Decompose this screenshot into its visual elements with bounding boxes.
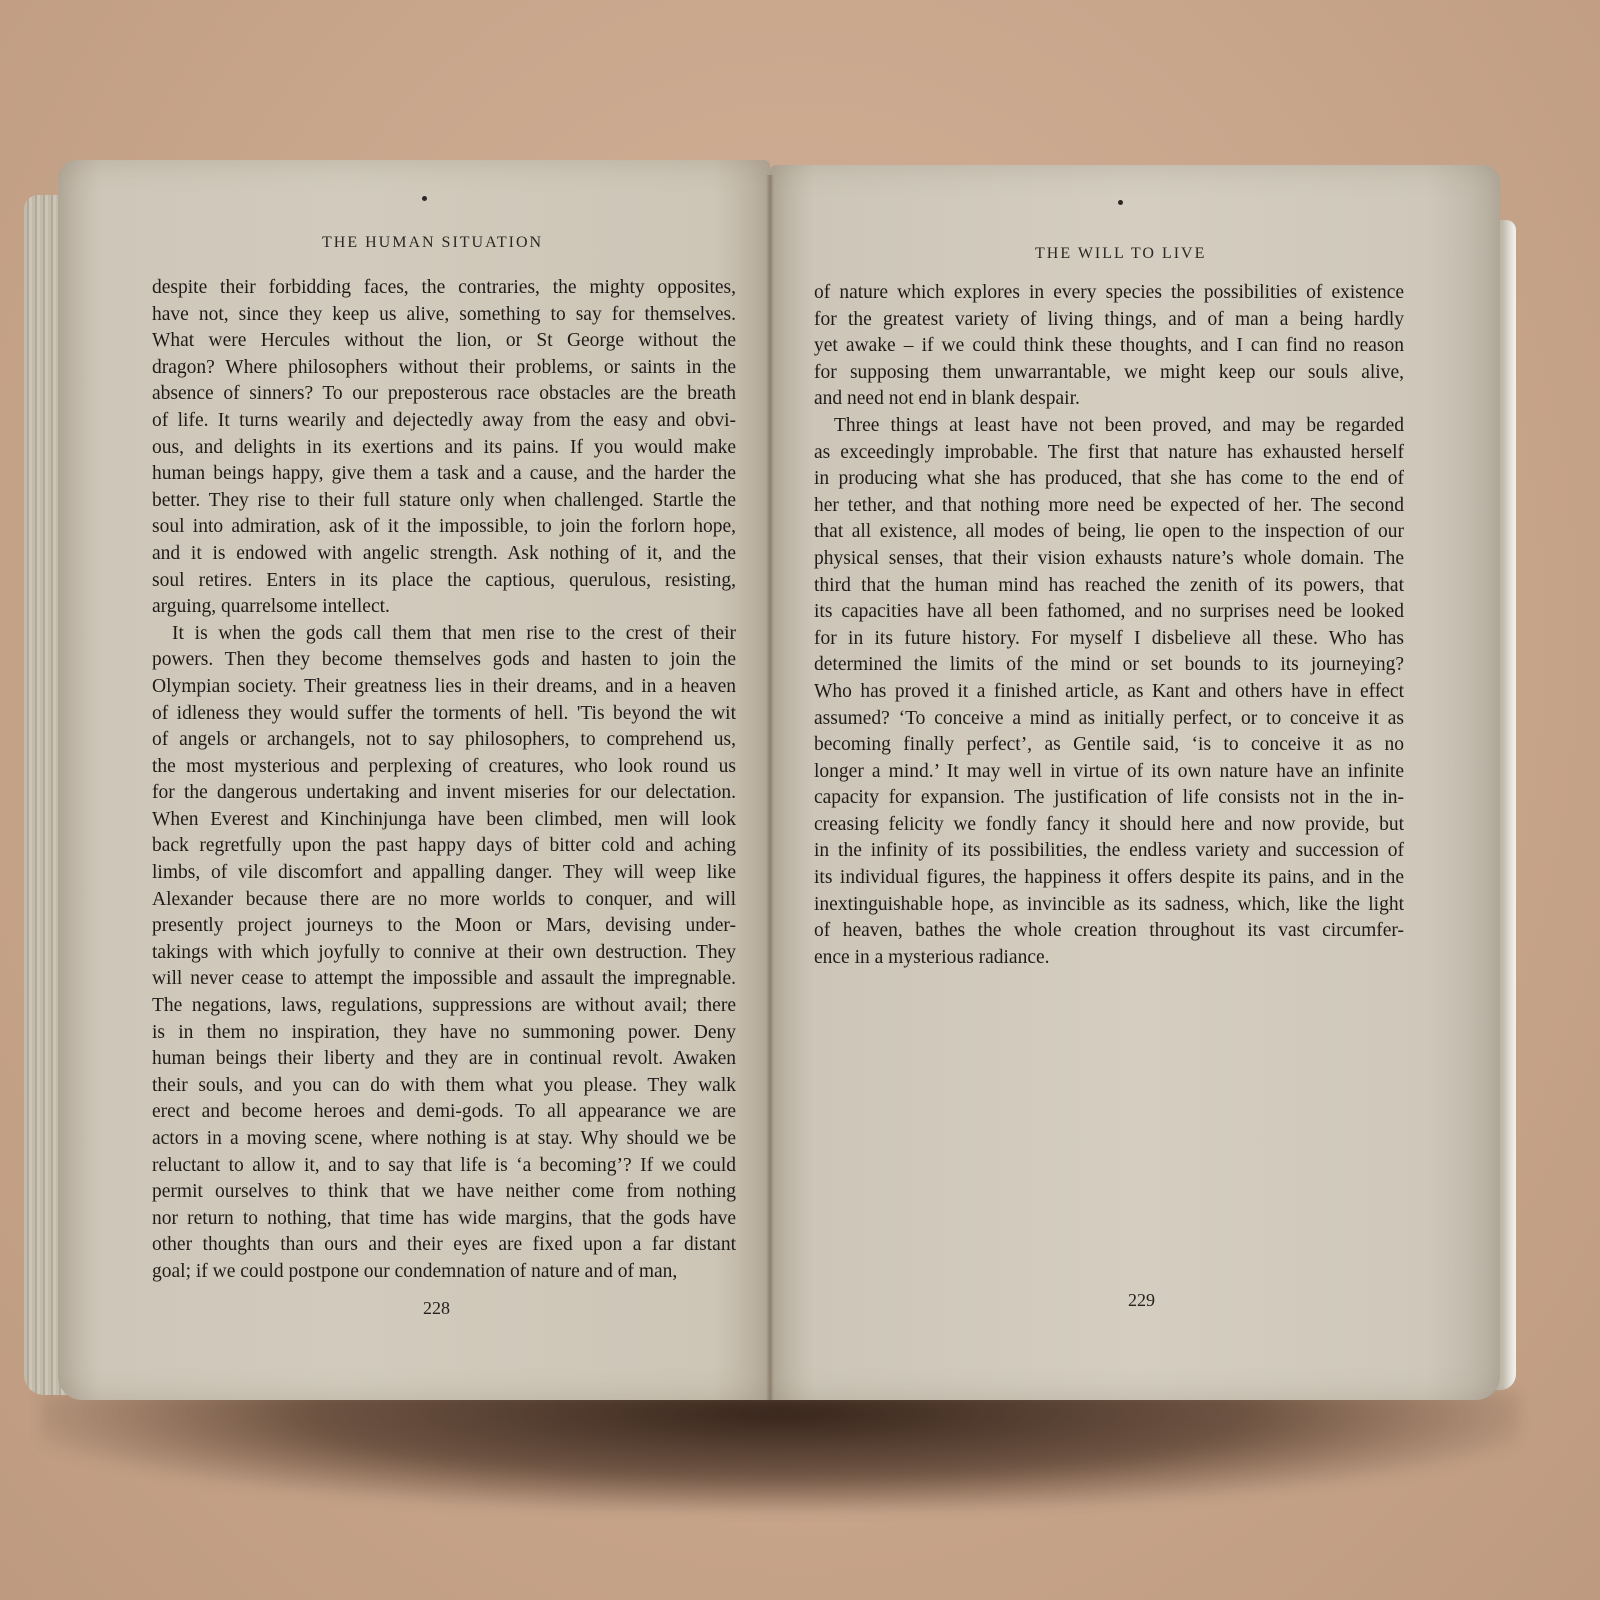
photo-scene: THE HUMAN SITUATION despite their forbid… (0, 0, 1600, 1600)
paragraph: of nature which explores in every specie… (814, 280, 1404, 413)
right-page-number: 229 (1128, 1290, 1155, 1311)
text-line: dragon? Where philosophers without their… (152, 355, 736, 382)
text-line: ous, and delights in its exertions and i… (152, 435, 736, 462)
text-line: of nature which explores in every specie… (814, 280, 1404, 307)
text-line: other thoughts than ours and their eyes … (152, 1232, 736, 1259)
text-line: is in them no inspiration, they have no … (152, 1020, 736, 1047)
text-line: human beings their liberty and they are … (152, 1046, 736, 1073)
paragraph: despite their forbidding faces, the cont… (152, 275, 736, 621)
text-line: will never cease to attempt the impossib… (152, 966, 736, 993)
right-page: THE WILL TO LIVE of nature which explore… (770, 165, 1500, 1400)
text-line: of life. It turns wearily and dejectedly… (152, 408, 736, 435)
text-line: soul retires. Enters in its place the ca… (152, 568, 736, 595)
left-running-head: THE HUMAN SITUATION (322, 234, 543, 252)
text-line: as exceedingly improbable. The first tha… (814, 440, 1404, 467)
text-line: assumed? ‘To conceive a mind as initiall… (814, 706, 1404, 733)
text-line: reluctant to allow it, and to say that l… (152, 1153, 736, 1180)
text-line: longer a mind.’ It may well in virtue of… (814, 759, 1404, 786)
left-page-number: 228 (423, 1298, 450, 1319)
text-line: creasing felicity we fondly fancy it sho… (814, 812, 1404, 839)
text-line: back regretfully upon the past happy day… (152, 833, 736, 860)
text-line: in producing what she has produced, that… (814, 466, 1404, 493)
text-line: for in its future history. For myself I … (814, 626, 1404, 653)
book-shadow (40, 1390, 1520, 1510)
text-line: takings with which joyfully to connive a… (152, 940, 736, 967)
text-line: When Everest and Kinchinjunga have been … (152, 807, 736, 834)
right-page-text: of nature which explores in every specie… (814, 280, 1404, 971)
page-speck (1118, 200, 1123, 205)
text-line: physical senses, that their vision exhau… (814, 546, 1404, 573)
text-line: better. They rise to their full stature … (152, 488, 736, 515)
text-line: It is when the gods call them that men r… (152, 621, 736, 648)
text-line: its individual figures, the happiness it… (814, 865, 1404, 892)
text-line: of idleness they would suffer the tormen… (152, 701, 736, 728)
text-line: Olympian society. Their greatness lies i… (152, 674, 736, 701)
text-line: and need not end in blank despair. (814, 386, 1404, 413)
text-line: that all existence, all modes of being, … (814, 519, 1404, 546)
text-line: yet awake – if we could think these thou… (814, 333, 1404, 360)
text-line: nor return to nothing, that time has wid… (152, 1206, 736, 1233)
text-line: for the greatest variety of living thing… (814, 307, 1404, 334)
text-line: capacity for expansion. The justificatio… (814, 785, 1404, 812)
text-line: limbs, of vile discomfort and appalling … (152, 860, 736, 887)
text-line: have not, since they keep us alive, some… (152, 302, 736, 329)
text-line: in the infinity of its possibilities, th… (814, 838, 1404, 865)
text-line: The negations, laws, regulations, suppre… (152, 993, 736, 1020)
text-line: their souls, and you can do with them wh… (152, 1073, 736, 1100)
right-running-head: THE WILL TO LIVE (1035, 245, 1206, 263)
text-line: despite their forbidding faces, the cont… (152, 275, 736, 302)
text-line: Alexander because there are no more worl… (152, 887, 736, 914)
text-line: arguing, quarrelsome intellect. (152, 594, 736, 621)
text-line: soul into admiration, ask of it the impo… (152, 514, 736, 541)
text-line: ence in a mysterious radiance. (814, 945, 1404, 972)
text-line: presently project journeys to the Moon o… (152, 913, 736, 940)
paragraph: Three things at least have not been prov… (814, 413, 1404, 971)
text-line: third that the human mind has reached th… (814, 573, 1404, 600)
text-line: becoming finally perfect’, as Gentile sa… (814, 732, 1404, 759)
book-gutter (766, 175, 774, 1400)
text-line: Who has proved it a finished article, as… (814, 679, 1404, 706)
text-line: goal; if we could postpone our condemnat… (152, 1259, 736, 1286)
text-line: determined the limits of the mind or set… (814, 652, 1404, 679)
text-line: human beings happy, give them a task and… (152, 461, 736, 488)
text-line: powers. Then they become themselves gods… (152, 647, 736, 674)
text-line: of angels or archangels, not to say phil… (152, 727, 736, 754)
text-line: inextinguishable hope, as invincible as … (814, 892, 1404, 919)
text-line: her tether, and that nothing more need b… (814, 493, 1404, 520)
text-line: the most mysterious and perplexing of cr… (152, 754, 736, 781)
text-line: Three things at least have not been prov… (814, 413, 1404, 440)
text-line: for supposing them unwarrantable, we mig… (814, 360, 1404, 387)
left-page: THE HUMAN SITUATION despite their forbid… (58, 160, 770, 1400)
text-line: of heaven, bathes the whole creation thr… (814, 918, 1404, 945)
text-line: permit ourselves to think that we have n… (152, 1179, 736, 1206)
paragraph: It is when the gods call them that men r… (152, 621, 736, 1286)
text-line: actors in a moving scene, where nothing … (152, 1126, 736, 1153)
text-line: erect and become heroes and demi-gods. T… (152, 1099, 736, 1126)
text-line: absence of sinners? To our preposterous … (152, 381, 736, 408)
page-speck (422, 196, 427, 201)
text-line: for the dangerous undertaking and invent… (152, 780, 736, 807)
text-line: What were Hercules without the lion, or … (152, 328, 736, 355)
text-line: its capacities have all been fathomed, a… (814, 599, 1404, 626)
text-line: and it is endowed with angelic strength.… (152, 541, 736, 568)
left-page-text: despite their forbidding faces, the cont… (152, 275, 736, 1286)
